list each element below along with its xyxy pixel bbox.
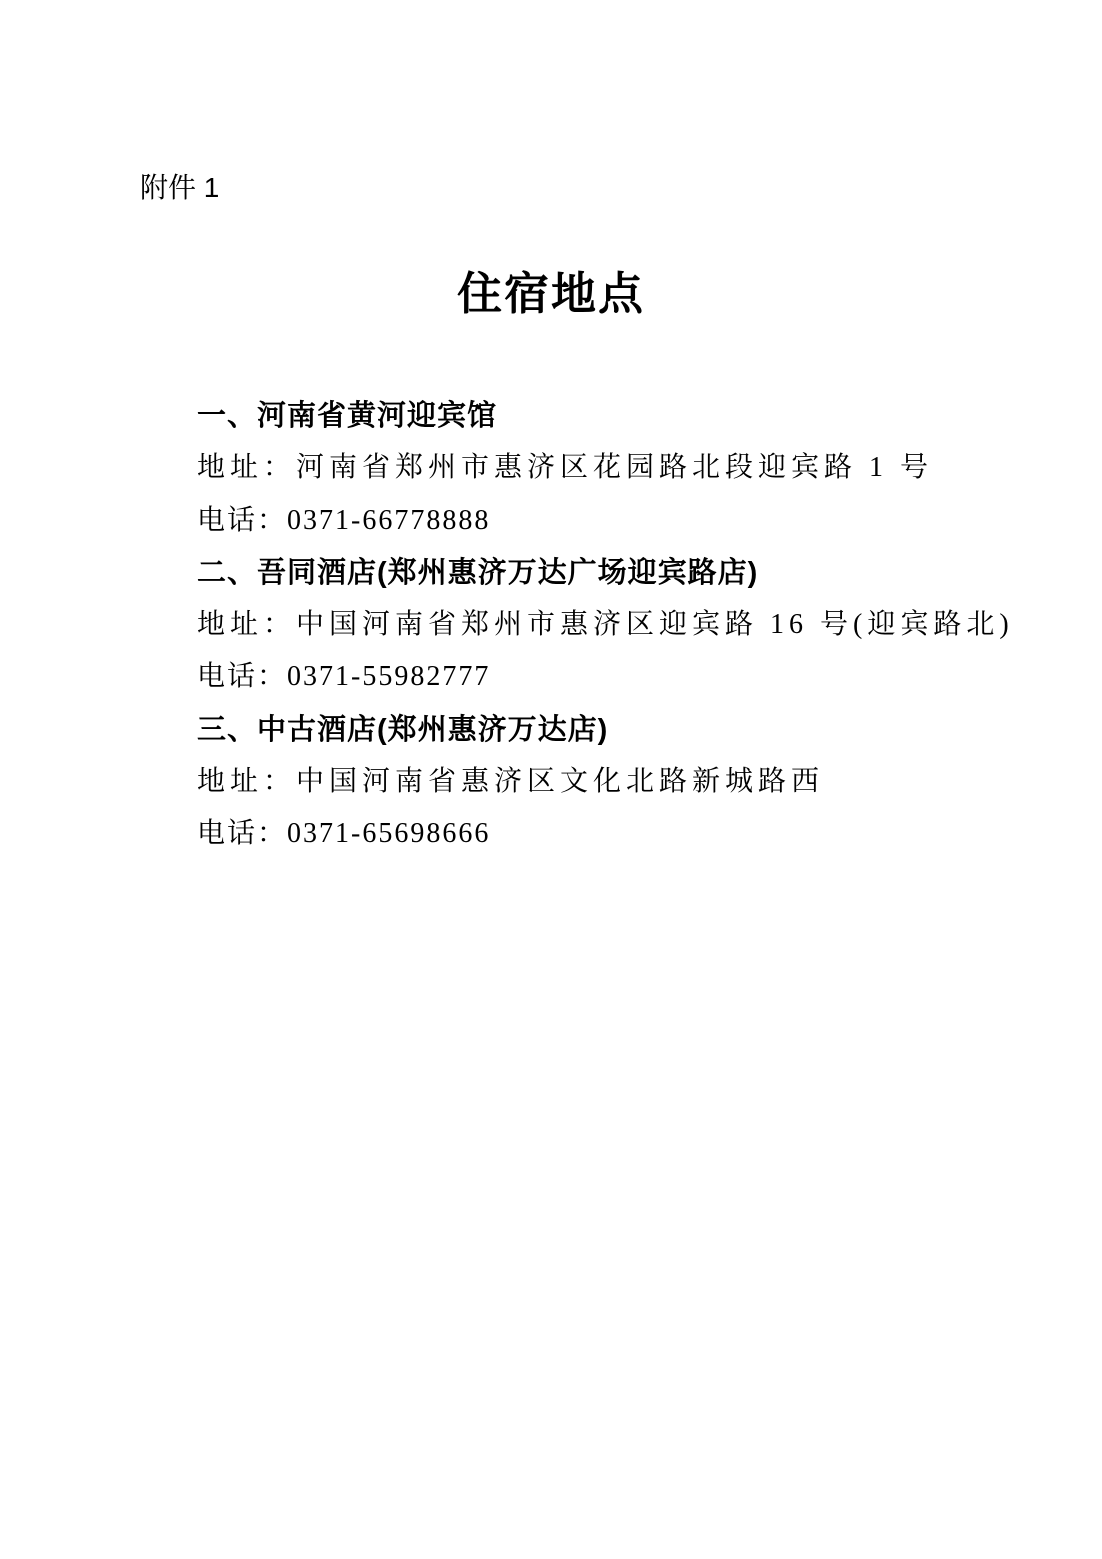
attachment-label: 附件 1 bbox=[140, 170, 219, 206]
hotel-2-heading: 二、吾同酒店(郑州惠济万达广场迎宾路店) bbox=[197, 547, 987, 599]
hotel-3-address: 地址：中国河南省惠济区文化北路新城路西 bbox=[197, 756, 987, 808]
page-title: 住宿地点 bbox=[0, 266, 1102, 322]
hotel-2-address: 地址：中国河南省郑州市惠济区迎宾路 16 号(迎宾路北) bbox=[197, 599, 987, 651]
hotel-entry: 一、河南省黄河迎宾馆 地址：河南省郑州市惠济区花园路北段迎宾路 1 号 电话：0… bbox=[197, 390, 987, 547]
hotel-entry: 二、吾同酒店(郑州惠济万达广场迎宾路店) 地址：中国河南省郑州市惠济区迎宾路 1… bbox=[197, 547, 987, 704]
hotel-list: 一、河南省黄河迎宾馆 地址：河南省郑州市惠济区花园路北段迎宾路 1 号 电话：0… bbox=[197, 390, 987, 861]
hotel-3-heading: 三、中古酒店(郑州惠济万达店) bbox=[197, 704, 987, 756]
hotel-entry: 三、中古酒店(郑州惠济万达店) 地址：中国河南省惠济区文化北路新城路西 电话：0… bbox=[197, 704, 987, 861]
hotel-2-phone: 电话：0371-55982777 bbox=[197, 651, 987, 703]
hotel-1-heading: 一、河南省黄河迎宾馆 bbox=[197, 390, 987, 442]
hotel-1-address: 地址：河南省郑州市惠济区花园路北段迎宾路 1 号 bbox=[197, 442, 987, 494]
document-page: 附件 1 住宿地点 一、河南省黄河迎宾馆 地址：河南省郑州市惠济区花园路北段迎宾… bbox=[0, 0, 1102, 1559]
hotel-3-phone: 电话：0371-65698666 bbox=[197, 808, 987, 860]
hotel-1-phone: 电话：0371-66778888 bbox=[197, 495, 987, 547]
